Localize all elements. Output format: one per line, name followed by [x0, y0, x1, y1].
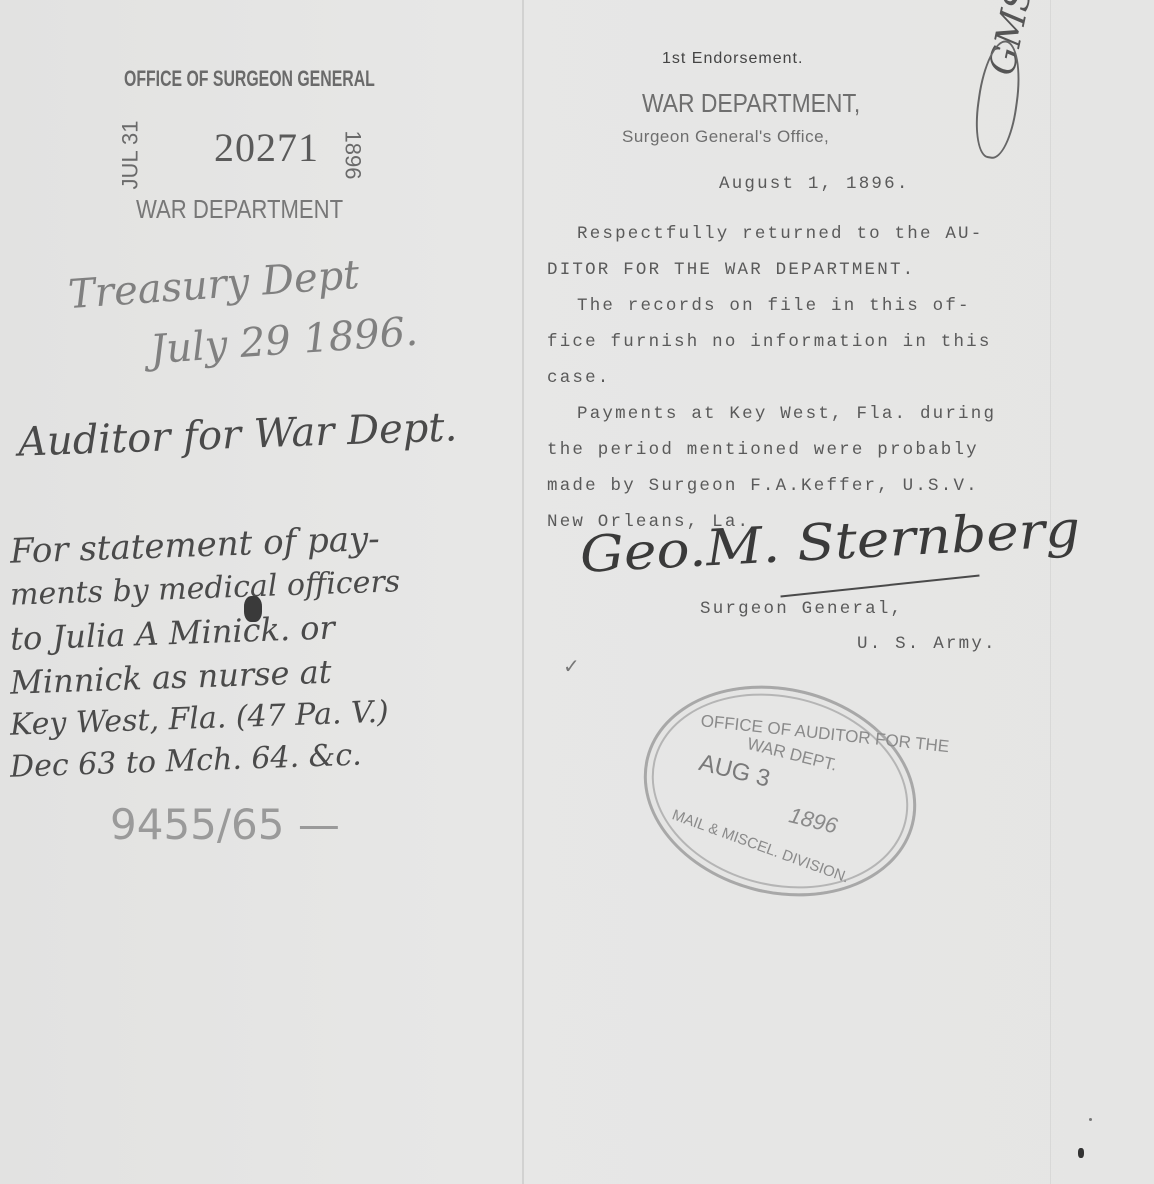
signatory-title: Surgeon General,	[700, 599, 903, 619]
page-edge-line	[1050, 0, 1051, 1184]
surgeon-general-received-stamp: OFFICE OF SURGEON GENERAL JUL 31 20271 1…	[118, 62, 378, 232]
endorsement-date: August 1, 1896.	[719, 174, 910, 194]
speck	[1089, 1118, 1092, 1121]
fold-line	[522, 0, 524, 1184]
stamp-number: 20271	[214, 124, 319, 171]
stamp-header: OFFICE OF SURGEON GENERAL	[124, 66, 375, 92]
body-line: the period mentioned were probably	[547, 440, 996, 476]
body-line: fice furnish no information in this	[547, 332, 996, 368]
stamp-footer: WAR DEPARTMENT	[136, 194, 343, 225]
handwritten-request: For statement of pay- ments by medical o…	[10, 522, 400, 782]
body-line: DITOR FOR THE WAR DEPARTMENT.	[547, 260, 996, 296]
department-heading: WAR DEPARTMENT,	[642, 88, 860, 119]
stamp-year: 1896	[786, 802, 840, 839]
file-number: 9455/65 —	[110, 800, 340, 849]
endorsement-body: Respectfully returned to the AU- DITOR F…	[547, 224, 996, 548]
body-line: made by Surgeon F.A.Keffer, U.S.V.	[547, 476, 996, 512]
ink-mark	[1078, 1148, 1084, 1158]
body-line: The records on file in this of-	[547, 296, 996, 332]
signatory-org: U. S. Army.	[857, 634, 997, 654]
stamp-year: 1896	[339, 131, 365, 180]
body-line: Respectfully returned to the AU-	[547, 224, 996, 260]
stamp-month-day: JUL 31	[117, 121, 143, 190]
office-heading: Surgeon General's Office,	[622, 127, 829, 147]
endorsement-label: 1st Endorsement.	[662, 50, 803, 68]
ink-blot	[244, 596, 262, 622]
body-line: Payments at Key West, Fla. during	[547, 404, 996, 440]
check-mark: ✓	[563, 654, 580, 678]
body-line: case.	[547, 368, 996, 404]
